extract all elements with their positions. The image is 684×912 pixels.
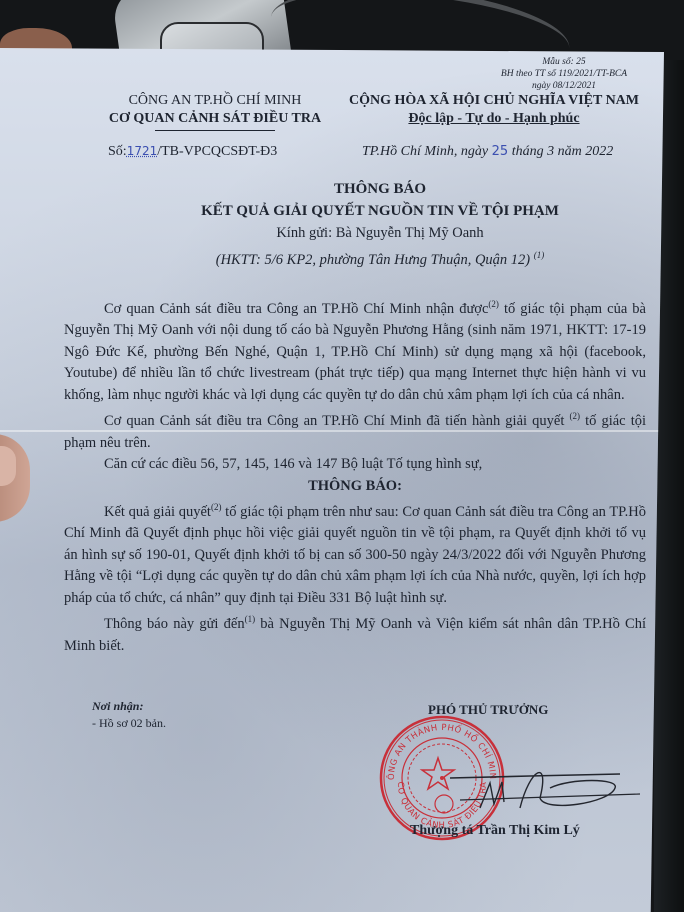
paragraph-2-text-a: Cơ quan Cảnh sát điều tra Công an TP.Hồ … bbox=[104, 413, 564, 429]
footnote-marker: (1) bbox=[245, 614, 256, 624]
title-line-1: THÔNG BÁO bbox=[100, 178, 660, 200]
signature-icon bbox=[450, 758, 640, 818]
paragraph-1-text-a: Cơ quan Cảnh sát điều tra Công an TP.Hồ … bbox=[104, 301, 488, 317]
paragraph-4: Kết quả giải quyết(2) tố giác tội phạm t… bbox=[64, 497, 646, 609]
thumb bbox=[0, 434, 30, 522]
document-title: THÔNG BÁO KẾT QUẢ GIẢI QUYẾT NGUỒN TIN V… bbox=[100, 178, 660, 222]
agency-underline bbox=[155, 130, 275, 131]
recipient-name: Kính gửi: Bà Nguyễn Thị Mỹ Oanh bbox=[100, 222, 660, 244]
recipients-block: Nơi nhận: - Hồ sơ 02 bản. bbox=[92, 698, 166, 732]
footnote-marker: (1) bbox=[534, 250, 545, 260]
form-code-regulation: BH theo TT số 119/2021/TT-BCA bbox=[480, 68, 648, 80]
national-header: CỘNG HÒA XÃ HỘI CHỦ NGHĨA VIỆT NAM Độc l… bbox=[344, 92, 644, 128]
nation-name: CỘNG HÒA XÃ HỘI CHỦ NGHĨA VIỆT NAM bbox=[344, 92, 644, 110]
agency-unit: CƠ QUAN CẢNH SÁT ĐIỀU TRA bbox=[90, 110, 340, 128]
paragraph-2: Cơ quan Cảnh sát điều tra Công an TP.Hồ … bbox=[64, 406, 646, 454]
agency-parent: CÔNG AN TP.HỒ CHÍ MINH bbox=[90, 92, 340, 110]
document-number-handwritten: 1721 bbox=[127, 144, 158, 158]
document-page: Mẫu số: 25 BH theo TT số 119/2021/TT-BCA… bbox=[0, 48, 664, 912]
recipient-address: (HKTT: 5/6 KP2, phường Tân Hưng Thuận, Q… bbox=[100, 244, 660, 271]
place-date-day: 25 bbox=[492, 144, 509, 159]
document-number-prefix: Số: bbox=[108, 144, 127, 159]
notice-heading: THÔNG BÁO: bbox=[64, 476, 646, 498]
form-code-date: ngày 08/12/2021 bbox=[480, 80, 648, 92]
recipient: Kính gửi: Bà Nguyễn Thị Mỹ Oanh (HKTT: 5… bbox=[100, 222, 660, 271]
recipients-item: - Hồ sơ 02 bản. bbox=[92, 715, 166, 732]
place-date-suffix: tháng 3 năm 2022 bbox=[508, 144, 613, 159]
place-date: TP.Hồ Chí Minh, ngày 25 tháng 3 năm 2022 bbox=[362, 144, 613, 160]
document-body: Cơ quan Cảnh sát điều tra Công an TP.Hồ … bbox=[64, 294, 646, 657]
form-code-number: Mẫu số: 25 bbox=[480, 56, 648, 68]
paragraph-1: Cơ quan Cảnh sát điều tra Công an TP.Hồ … bbox=[64, 294, 646, 406]
paragraph-5: Thông báo này gửi đến(1) bà Nguyễn Thị M… bbox=[64, 609, 646, 657]
title-line-2: KẾT QUẢ GIẢI QUYẾT NGUỒN TIN VỀ TỘI PHẠM bbox=[100, 200, 660, 222]
document-number-suffix: /TB-VPCQCSĐT-Đ3 bbox=[157, 144, 277, 159]
nation-motto: Độc lập - Tự do - Hạnh phúc bbox=[344, 110, 644, 128]
recipients-label: Nơi nhận: bbox=[92, 698, 166, 715]
thumbnail-nail bbox=[0, 446, 16, 486]
paragraph-3: Căn cứ các điều 56, 57, 145, 146 và 147 … bbox=[64, 454, 646, 476]
place-date-prefix: TP.Hồ Chí Minh, ngày bbox=[362, 144, 492, 159]
footnote-marker: (2) bbox=[569, 411, 580, 421]
issuing-agency: CÔNG AN TP.HỒ CHÍ MINH CƠ QUAN CẢNH SÁT … bbox=[90, 92, 340, 131]
form-code: Mẫu số: 25 BH theo TT số 119/2021/TT-BCA… bbox=[480, 56, 648, 92]
footnote-marker: (2) bbox=[488, 299, 499, 309]
paragraph-4-text-a: Kết quả giải quyết bbox=[104, 504, 211, 520]
signer-name: Thượng tá Trần Thị Kim Lý bbox=[410, 823, 580, 839]
document-number: Số:1721/TB-VPCQCSĐT-Đ3 bbox=[108, 144, 277, 160]
recipient-address-text: (HKTT: 5/6 KP2, phường Tân Hưng Thuận, Q… bbox=[216, 252, 530, 268]
footnote-marker: (2) bbox=[211, 502, 222, 512]
paragraph-5-text-a: Thông báo này gửi đến bbox=[104, 616, 245, 632]
